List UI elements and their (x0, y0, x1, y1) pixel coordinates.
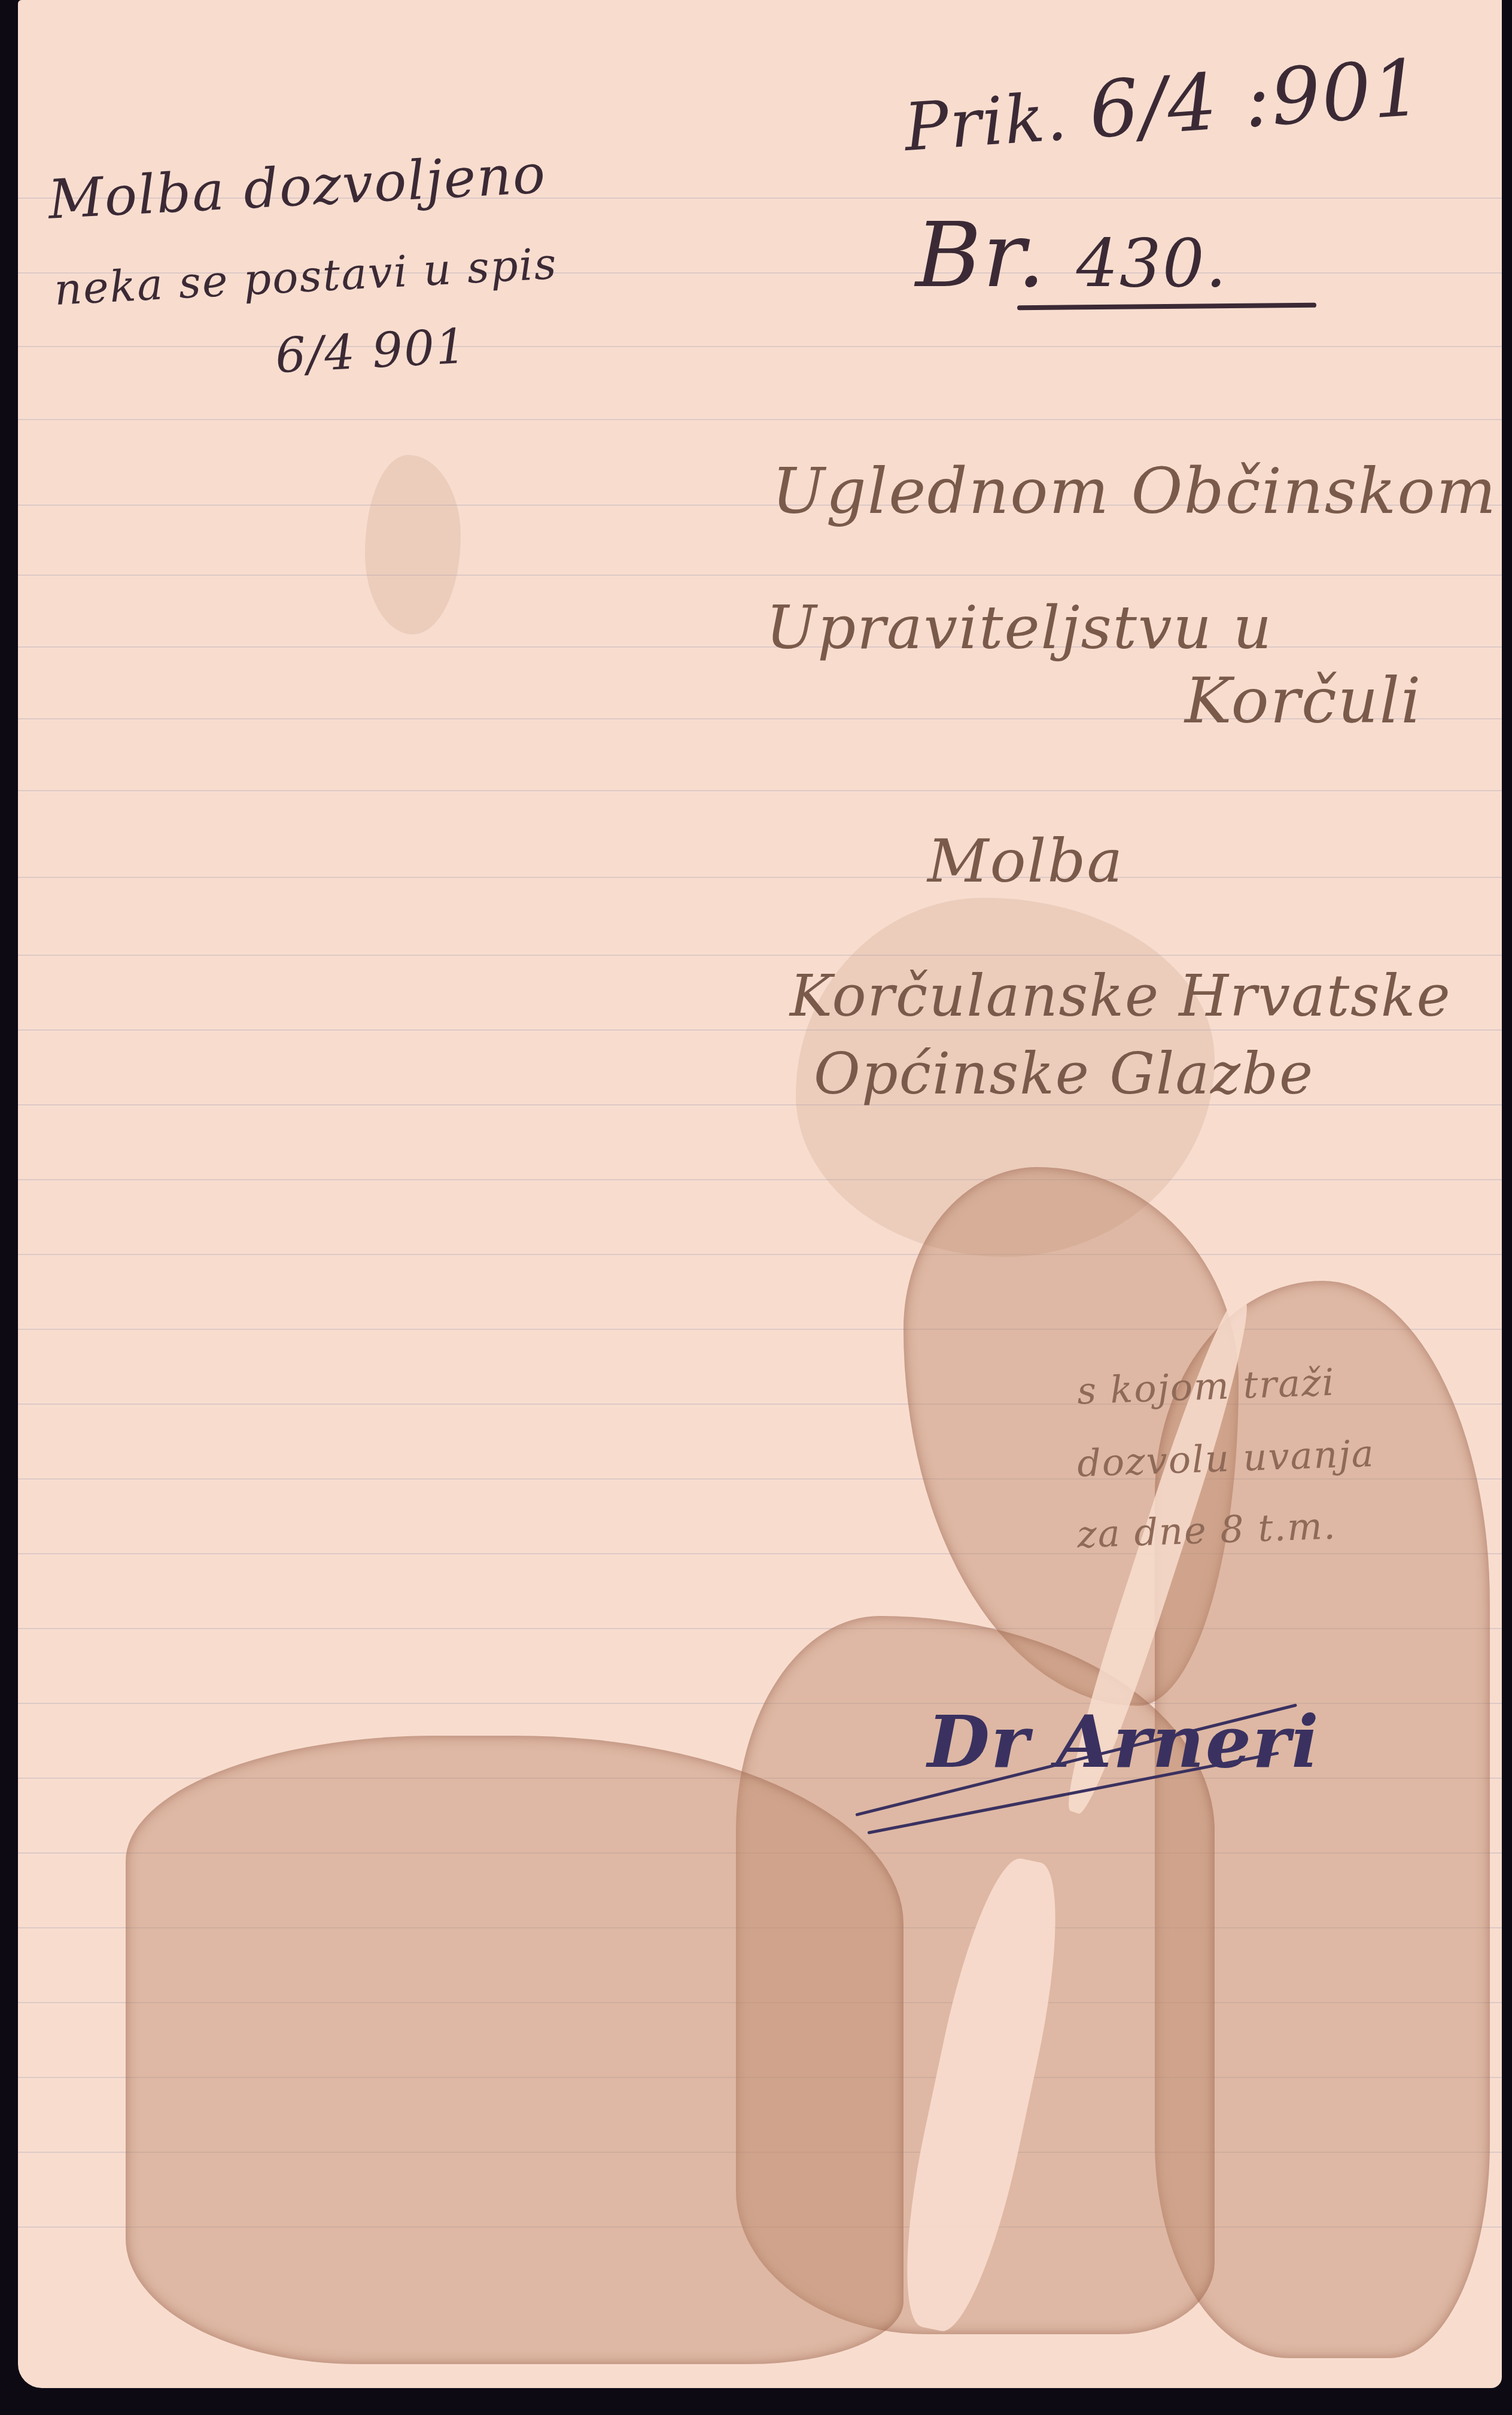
ruled-line (18, 1179, 1502, 1180)
ruled-line (18, 1254, 1502, 1255)
ruled-line (18, 346, 1502, 347)
ruled-line (18, 646, 1502, 648)
ruled-line (18, 575, 1502, 576)
addressee-line3: Korčuli (1185, 664, 1422, 737)
margin-note-date: 6/4 901 (274, 318, 468, 384)
addressee-line1: Uglednom Občinskom (772, 455, 1497, 528)
water-stain (126, 1736, 903, 2364)
ruled-line (18, 419, 1502, 420)
subject-title: Molba (927, 826, 1124, 896)
annotation-line3: za dne 8 t.m. (1076, 1503, 1337, 1556)
number-value: 430. (1076, 225, 1228, 302)
received-label: Prik. (902, 78, 1070, 166)
number-label: Br. (915, 203, 1046, 308)
margin-note-line1: Molba dozvoljeno (47, 142, 548, 231)
ruled-line (18, 877, 1502, 878)
letter-page: Prik. 6/4 :901 Br. 430. Molba dozvoljeno… (18, 0, 1502, 2388)
registry-number: Br. 430. (915, 203, 1228, 308)
margin-note-line2: neka se postavi u spis (53, 238, 558, 315)
annotation-line1: s kojom traži (1076, 1360, 1336, 1412)
ruled-line (18, 1029, 1502, 1031)
water-stain (365, 455, 461, 634)
ruled-line (18, 955, 1502, 956)
subject-line2: Općinske Glazbe (814, 1041, 1314, 1107)
subject-line1: Korčulanske Hrvatske (790, 964, 1452, 1029)
ruled-line (18, 790, 1502, 791)
addressee-line2: Upraviteljstvu u (766, 593, 1273, 663)
received-stamp: Prik. 6/4 :901 (901, 42, 1426, 169)
received-date: 6/4 :901 (1086, 42, 1426, 156)
